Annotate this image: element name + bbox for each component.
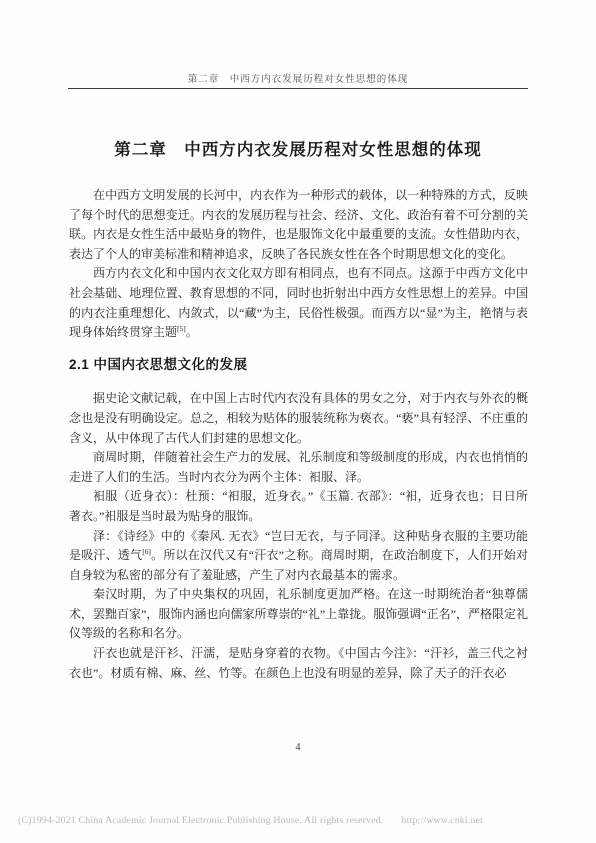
paragraph-history-origin: 据史论文献记载，在中国上古时代内衣没有具体的男女之分，对于内衣与外衣的概念也是没… xyxy=(69,389,528,448)
paragraph-ze: 泽：《诗经》中的《秦风. 无衣》“岂曰无衣，与子同泽。这种贴身衣服的主要功能是吸… xyxy=(69,527,528,586)
paragraph-text: 西方内衣文化和中国内衣文化双方即有相同点，也有不同点。这源于中西方文化中社会基础… xyxy=(69,266,528,339)
document-page: 第二章 中西方内衣发展历程对女性思想的体现 第二章 中西方内衣发展历程对女性思想… xyxy=(0,0,596,843)
paragraph-text: 汗衣也就是汗衫、汗濡，是贴身穿着的衣物。《中国古今注》：“汗衫，盖三代之衬衣也”… xyxy=(69,646,528,680)
copyright-footer: (C)1994-2021 China Academic Journal Elec… xyxy=(18,815,584,826)
chapter-title: 第二章 中西方内衣发展历程对女性思想的体现 xyxy=(0,136,596,160)
footnote-ref-6: [6] xyxy=(142,547,151,556)
running-head: 第二章 中西方内衣发展历程对女性思想的体现 xyxy=(0,71,596,85)
paragraph-text: 在中西方文明发展的长河中，内衣作为一种形式的载体，以一种特殊的方式，反映了每个时… xyxy=(69,188,528,261)
footnote-ref-5: [5] xyxy=(177,324,186,333)
page-number: 4 xyxy=(0,742,596,753)
paragraph-intro-1: 在中西方文明发展的长河中，内衣作为一种形式的载体，以一种特殊的方式，反映了每个时… xyxy=(69,186,528,264)
paragraph-text: 据史论文献记载，在中国上古时代内衣没有具体的男女之分，对于内衣与外衣的概念也是没… xyxy=(69,391,528,444)
paragraph-text: 。 xyxy=(186,325,198,339)
paragraph-shang-zhou: 商周时期，伴随着社会生产力的发展、礼乐制度和等级制度的形成，内衣也悄悄的走进了人… xyxy=(69,448,528,487)
body-text-block: 在中西方文明发展的长河中，内衣作为一种形式的载体，以一种特殊的方式，反映了每个时… xyxy=(69,186,528,683)
section-heading-2-1: 2.1 中国内衣思想文化的发展 xyxy=(69,355,528,375)
header-rule xyxy=(68,88,528,89)
paragraph-rifu: 衵服（近身衣）：杜预：“衵服，近身衣。”《玉篇. 衣部》：“衵，近身衣也；日日所… xyxy=(69,487,528,526)
paragraph-intro-2: 西方内衣文化和中国内衣文化双方即有相同点，也有不同点。这源于中西方文化中社会基础… xyxy=(69,264,528,342)
paragraph-qin-han: 秦汉时期，为了中央集权的巩固，礼乐制度更加严格。在这一时期统治者“独尊儒术，罢黜… xyxy=(69,585,528,644)
paragraph-hanyi: 汗衣也就是汗衫、汗濡，是贴身穿着的衣物。《中国古今注》：“汗衫，盖三代之衬衣也”… xyxy=(69,644,528,683)
paragraph-text: 衵服（近身衣）：杜预：“衵服，近身衣。”《玉篇. 衣部》：“衵，近身衣也；日日所… xyxy=(69,489,528,523)
copyright-text: (C)1994-2021 China Academic Journal Elec… xyxy=(18,815,384,826)
cnki-url: http://www.cnki.net xyxy=(402,815,484,826)
paragraph-text: 商周时期，伴随着社会生产力的发展、礼乐制度和等级制度的形成，内衣也悄悄的走进了人… xyxy=(69,450,528,484)
paragraph-text: 秦汉时期，为了中央集权的巩固，礼乐制度更加严格。在这一时期统治者“独尊儒术，罢黜… xyxy=(69,587,528,640)
